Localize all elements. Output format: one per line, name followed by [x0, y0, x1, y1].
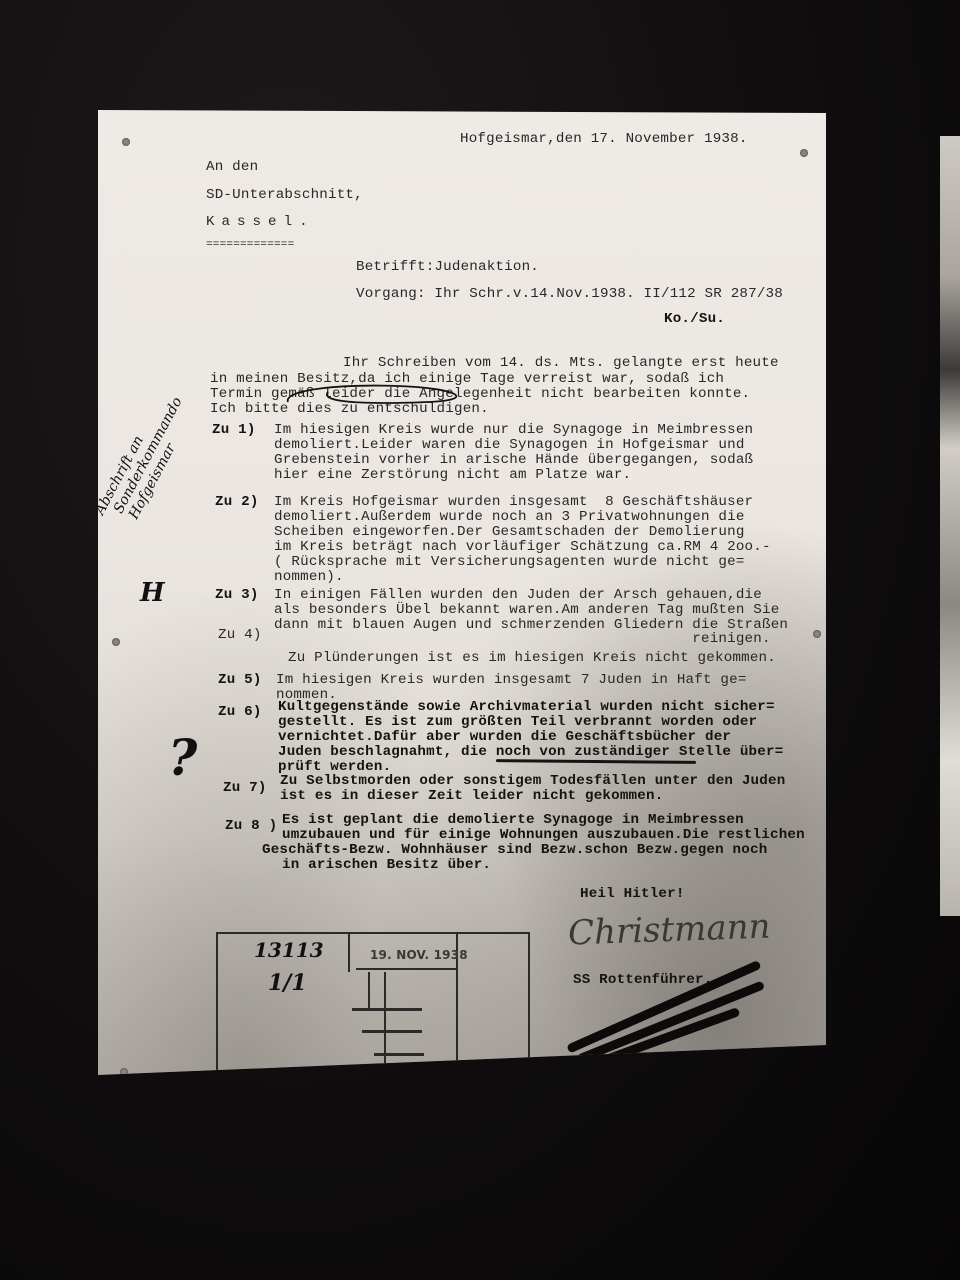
registry-number: 13113	[254, 938, 324, 962]
question-mark-annotation: ?	[168, 728, 197, 787]
margin-initial: H	[140, 578, 165, 608]
adjacent-exhibit-photo	[940, 136, 960, 916]
signature: Christmann	[567, 906, 771, 953]
pin-hole	[112, 638, 120, 646]
registry-fraction: 1/1	[268, 970, 307, 996]
place-date: Hofgeismar,den 17. November 1938.	[460, 132, 748, 147]
reference-line: Vorgang: Ihr Schr.v.14.Nov.1938. II/112 …	[356, 287, 783, 302]
pin-hole	[813, 630, 821, 638]
pin-hole	[122, 138, 130, 146]
recipient-line: SD-Unterabschnitt,	[206, 188, 363, 203]
recipient-rule: =============	[206, 238, 294, 253]
stamp-date: 19. NOV. 1938	[370, 948, 468, 963]
pin-hole	[120, 1068, 128, 1076]
ink-strike-mark	[596, 1007, 740, 1067]
document-page: Hofgeismar,den 17. November 1938. An den…	[98, 110, 826, 1075]
initials: Ko./Su.	[664, 312, 725, 327]
ink-strike-mark	[576, 980, 765, 1063]
pin-hole	[800, 149, 808, 157]
rank-line: SS Rottenführer.	[573, 973, 712, 988]
subject-line: Betrifft:Judenaktion.	[356, 260, 539, 275]
ink-circle-mark	[278, 374, 478, 408]
recipient-line: Kassel.	[206, 215, 315, 230]
margin-note: Abschrift an Sonderkommando Hofgeismar	[92, 387, 200, 532]
ink-underline	[496, 759, 696, 764]
closing-salutation: Heil Hitler!	[580, 887, 685, 902]
recipient-line: An den	[206, 160, 258, 175]
